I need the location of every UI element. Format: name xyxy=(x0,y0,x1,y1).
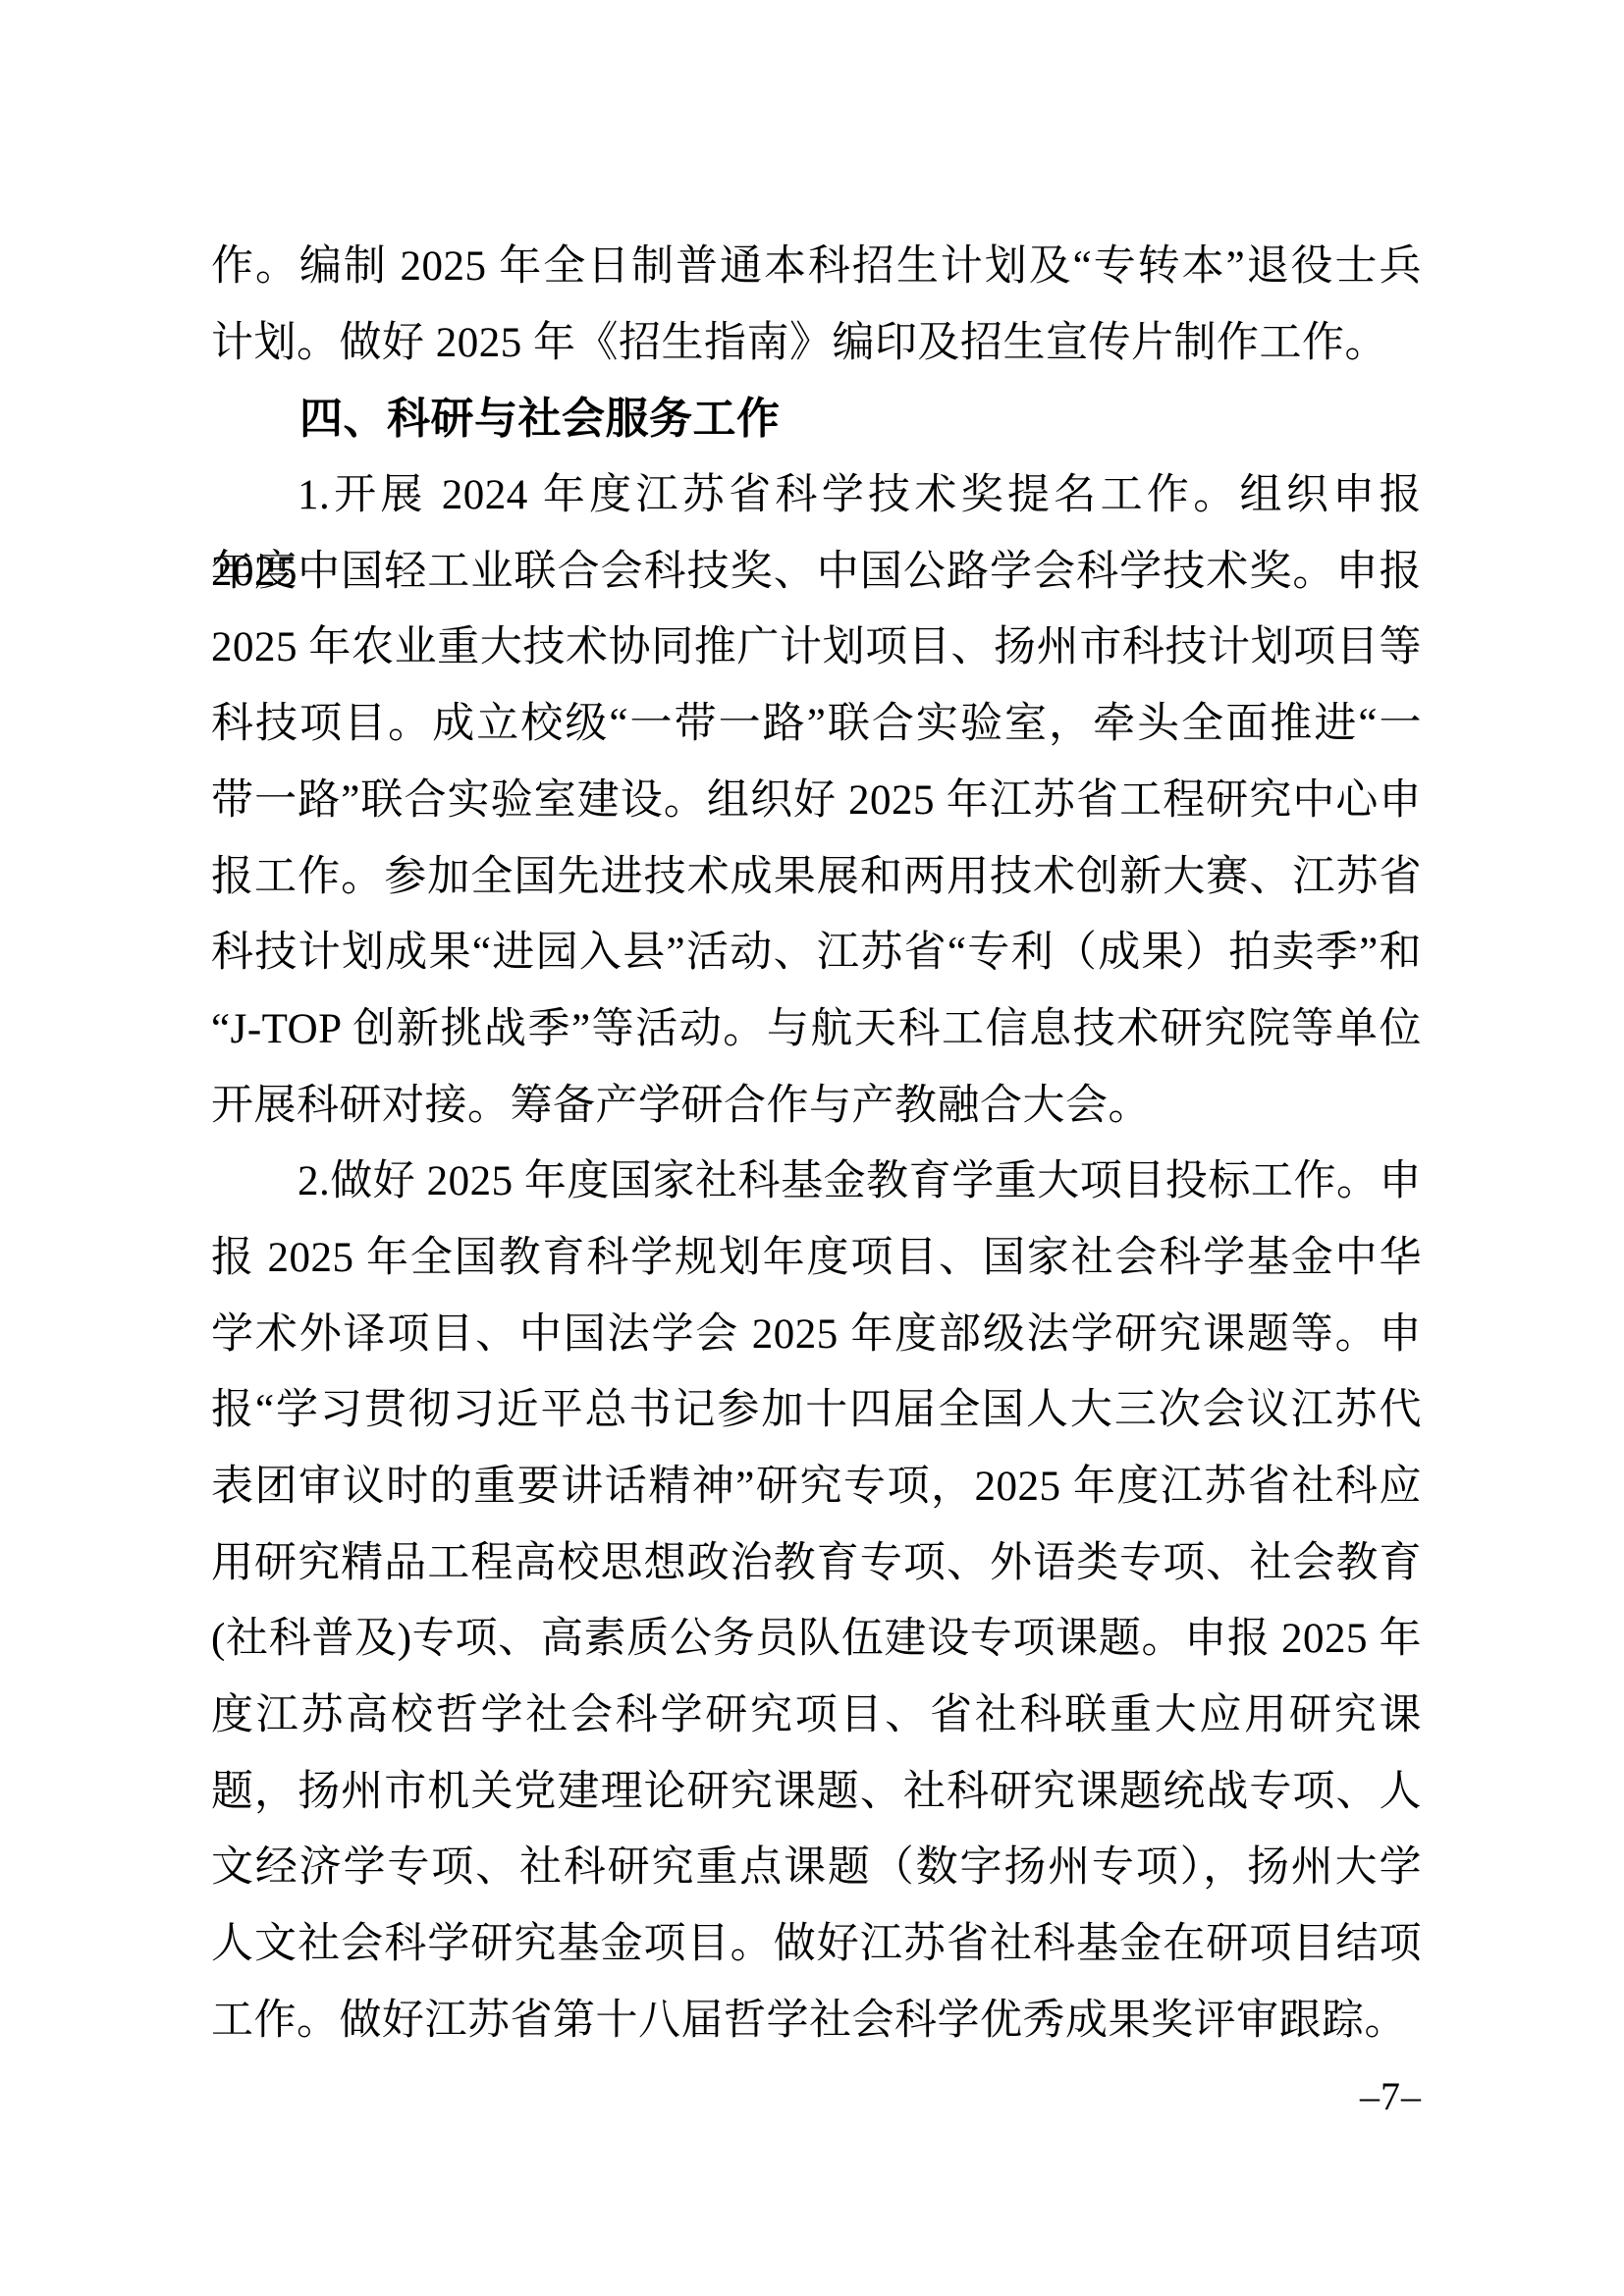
text-line: 报 2025 年全国教育科学规划年度项目、国家社会科学基金中华 xyxy=(211,1220,1422,1297)
text-block: 作。编制 2025 年全日制普通本科招生计划及“专转本”退役士兵 计划。做好 2… xyxy=(211,229,1422,2059)
text-line: 用研究精品工程高校思想政治教育专项、外语类专项、社会教育 xyxy=(211,1525,1422,1602)
text-line: 带一路”联合实验室建设。组织好 2025 年江苏省工程研究中心申 xyxy=(211,763,1422,839)
text-line: 报工作。参加全国先进技术成果展和两用技术创新大赛、江苏省 xyxy=(211,839,1422,916)
text-line: 开展科研对接。筹备产学研合作与产教融合大会。 xyxy=(211,1068,1422,1145)
document-page: 作。编制 2025 年全日制普通本科招生计划及“专转本”退役士兵 计划。做好 2… xyxy=(0,0,1624,2296)
text-line: 1.开展 2024 年度江苏省科学技术奖提名工作。组织申报 2025 xyxy=(211,457,1422,534)
text-line: (社科普及)专项、高素质公务员队伍建设专项课题。申报 2025 年 xyxy=(211,1601,1422,1678)
text-line: 文经济学专项、社科研究重点课题（数字扬州专项），扬州大学 xyxy=(211,1830,1422,1906)
page-number: –7– xyxy=(1360,2073,1422,2120)
text-line: 科技计划成果“进园入县”活动、江苏省“专利（成果）拍卖季”和 xyxy=(211,915,1422,991)
text-line: 人文社会科学研究基金项目。做好江苏省社科基金在研项目结项 xyxy=(211,1906,1422,1983)
text-line: 学术外译项目、中国法学会 2025 年度部级法学研究课题等。申 xyxy=(211,1297,1422,1373)
text-line: 报“学习贯彻习近平总书记参加十四届全国人大三次会议江苏代 xyxy=(211,1372,1422,1449)
text-line: 工作。做好江苏省第十八届哲学社会科学优秀成果奖评审跟踪。 xyxy=(211,1983,1422,2059)
text-line: 计划。做好 2025 年《招生指南》编印及招生宣传片制作工作。 xyxy=(211,305,1422,382)
text-line: 题，扬州市机关党建理论研究课题、社科研究课题统战专项、人 xyxy=(211,1754,1422,1831)
text-line: 科技项目。成立校级“一带一路”联合实验室，牵头全面推进“一 xyxy=(211,686,1422,763)
text-line: 作。编制 2025 年全日制普通本科招生计划及“专转本”退役士兵 xyxy=(211,229,1422,305)
section-heading: 四、科研与社会服务工作 xyxy=(211,381,1422,457)
text-line: 表团审议时的重要讲话精神”研究专项，2025 年度江苏省社科应 xyxy=(211,1449,1422,1525)
text-line: 2025 年农业重大技术协同推广计划项目、扬州市科技计划项目等 xyxy=(211,610,1422,686)
text-line: 年度中国轻工业联合会科技奖、中国公路学会科学技术奖。申报 xyxy=(211,534,1422,611)
text-line: “J-TOP 创新挑战季”等活动。与航天科工信息技术研究院等单位 xyxy=(211,991,1422,1068)
text-line: 度江苏高校哲学社会科学研究项目、省社科联重大应用研究课 xyxy=(211,1678,1422,1754)
text-line: 2.做好 2025 年度国家社科基金教育学重大项目投标工作。申 xyxy=(211,1144,1422,1220)
